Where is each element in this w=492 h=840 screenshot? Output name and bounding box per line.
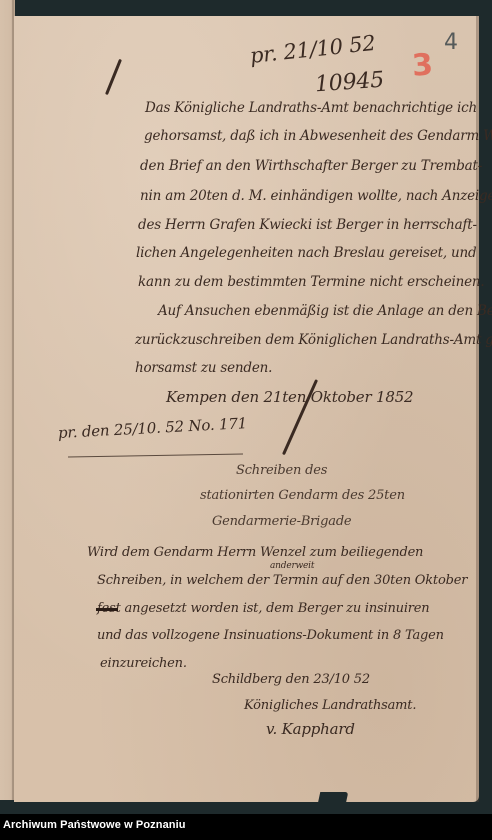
letter-line: zurückzuschreiben dem Königlichen Landra… [135, 332, 492, 348]
address-line: stationirten Gendarm des 25ten [200, 488, 405, 503]
letter-line: Auf Ansuchen ebenmäßig ist die Anlage an… [158, 303, 492, 319]
letter-line: Das Königliche Landraths-Amt benachricht… [145, 100, 477, 116]
letter-line: lichen Angelegenheiten nach Breslau gere… [136, 245, 476, 261]
signature: v. Kapphard [266, 720, 355, 738]
strikethrough-mark [96, 608, 118, 611]
archive-name-label: Archiwum Państwowe w Poznaniu [3, 819, 186, 831]
letter-place-date: Kempen den 21ten Oktober 1852 [166, 388, 413, 406]
issuing-office: Königliches Landrathsamt. [244, 698, 416, 713]
reply-line: und das vollzogene Insinuations-Dokument… [97, 628, 444, 643]
reply-line: Schreiben, in welchem der Termin auf den… [97, 573, 467, 588]
inserted-word: anderweit [270, 561, 314, 571]
archive-footer: Archiwum Państwowe w Poznaniu [0, 814, 492, 840]
reply-place-date: Schildberg den 23/10 52 [212, 672, 370, 687]
letter-line: des Herrn Grafen Kwiecki ist Berger in h… [138, 217, 477, 233]
paper-tear [318, 792, 349, 804]
letter-line: nin am 20ten d. M. einhändigen wollte, n… [140, 188, 492, 204]
file-number: 10945 [314, 68, 385, 98]
letter-line: horsamst zu senden. [135, 360, 272, 376]
folio-number-red: 3 [411, 47, 434, 83]
letter-line: kann zu dem bestimmten Termine nicht ers… [138, 274, 485, 290]
reply-line: Wird dem Gendarm Herrn Wenzel zum beilie… [87, 545, 423, 560]
folio-number-pencil: 4 [444, 30, 458, 55]
address-line: Schreiben des [236, 463, 327, 478]
letter-line: den Brief an den Wirthschafter Berger zu… [140, 158, 482, 174]
reply-line: einzureichen. [100, 656, 187, 671]
reply-line: fest angesetzt worden ist, dem Berger zu… [97, 601, 429, 616]
letter-line: gehorsamst, daß ich in Abwesenheit des G… [144, 128, 492, 144]
address-line: Gendarmerie-Brigade [212, 514, 351, 529]
